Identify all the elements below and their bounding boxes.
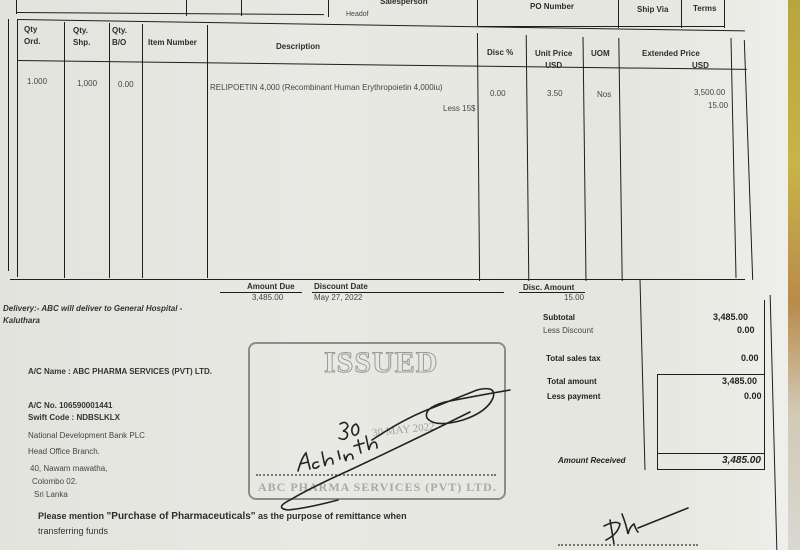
ac-number: A/C No. 106590001441 <box>28 401 113 410</box>
bank-address-line1: 40, Nawam mawatha, <box>30 464 107 473</box>
po-number-label: PO Number <box>530 2 574 11</box>
col-header-extended-price: Extended Price <box>642 49 700 58</box>
rule <box>477 33 480 281</box>
rule <box>657 453 765 454</box>
cell-qty-bo: 0.00 <box>118 80 134 89</box>
rule <box>8 19 9 271</box>
rule <box>16 12 324 15</box>
authorized-signature-line <box>558 544 698 546</box>
rule <box>657 374 765 375</box>
rule <box>618 38 622 281</box>
ac-name: A/C Name : ABC PHARMA SERVICES (PVT) LTD… <box>28 367 212 376</box>
rule <box>730 38 736 278</box>
amount-due-label: Amount Due <box>247 282 295 291</box>
remittance-prefix: Please mention <box>38 511 107 521</box>
amount-received-label: Amount Received <box>558 456 626 465</box>
col-header-qty-bo: Qty.B/O <box>112 25 127 49</box>
rule <box>681 0 682 28</box>
rule <box>328 0 329 17</box>
rule <box>724 0 725 28</box>
invoice-paper: Salesperson Headof PO Number Ship Via Te… <box>0 0 788 550</box>
cell-extended-price-note: 15.00 <box>708 101 728 110</box>
terms-label: Terms <box>693 4 716 13</box>
rule <box>477 0 478 26</box>
cell-extended-price: 3,500.00 <box>694 88 725 97</box>
cell-uom: Nos <box>597 90 611 99</box>
less-payment-value: 0.00 <box>744 391 762 401</box>
col-header-uom: UOM <box>591 49 610 58</box>
stamp-status: ISSUED <box>324 346 438 380</box>
rule <box>618 0 619 28</box>
rule <box>17 19 18 277</box>
bank-address-line3: Sri Lanka <box>34 490 68 499</box>
total-amount-label: Total amount <box>547 377 597 386</box>
col-header-description: Description <box>276 42 320 51</box>
col-header-extended-price-currency: USD <box>692 61 709 70</box>
salesperson-label: Salesperson <box>380 0 428 6</box>
sales-tax-value: 0.00 <box>741 353 759 363</box>
rule <box>142 24 143 278</box>
delivery-note-line2: Kaluthara <box>3 316 40 325</box>
rule <box>640 280 646 470</box>
delivery-note-line1: Delivery:- ABC will deliver to General H… <box>3 304 182 313</box>
cell-qty-ord: 1.000 <box>27 77 47 86</box>
remittance-note-line1: Please mention "Purchase of Pharmaceutic… <box>38 511 407 522</box>
disc-amount-label: Disc. Amount <box>523 283 574 292</box>
cell-unit-price: 3.50 <box>547 89 563 98</box>
table-bottom-rule <box>10 279 745 280</box>
ship-via-label: Ship Via <box>637 5 668 14</box>
col-header-qty-ord: QtyOrd. <box>24 24 40 48</box>
discount-date-label: Discount Date <box>314 282 368 291</box>
swift-code: Swift Code : NDBSLKLX <box>28 413 120 422</box>
cell-qty-shp: 1,000 <box>77 79 97 88</box>
subtotal-label: Subtotal <box>543 313 575 322</box>
less-discount-label: Less Discount <box>543 326 593 335</box>
rule <box>186 0 187 16</box>
remittance-suffix: as the purpose of remittance when <box>256 511 407 521</box>
rule <box>657 469 765 470</box>
discount-date-value: May 27, 2022 <box>314 293 362 302</box>
rule <box>207 25 208 278</box>
sales-tax-label: Total sales tax <box>546 354 601 363</box>
less-discount-value: 0.00 <box>737 325 755 335</box>
remittance-note-line2: transferring funds <box>38 526 108 536</box>
stamp-company: ABC PHARMA SERVICES (PVT) LTD. <box>258 480 497 495</box>
table-header-rule <box>17 60 747 70</box>
col-header-unit-price: Unit PriceUSD <box>535 48 572 72</box>
bank-name: National Development Bank PLC <box>28 431 145 440</box>
disc-amount-value: 15.00 <box>564 293 584 302</box>
cell-disc-pct: 0.00 <box>490 89 506 98</box>
rule <box>770 295 778 550</box>
rule <box>241 0 242 16</box>
head-of-label: Headof <box>346 11 369 18</box>
stamp-signature-line <box>256 474 496 476</box>
rule <box>109 23 110 278</box>
cell-description: RELIPOETIN 4,000 (Recombinant Human Eryt… <box>210 83 443 92</box>
amount-received-value: 3,485.00 <box>722 455 761 466</box>
col-header-disc-pct: Disc % <box>487 48 513 57</box>
bank-branch: Head Office Branch. <box>28 447 100 456</box>
col-header-qty-shp: Qty.Shp. <box>73 25 90 49</box>
col-header-item-number: Item Number <box>148 38 197 47</box>
amount-due-value: 3,485.00 <box>252 293 283 302</box>
rule <box>583 37 587 281</box>
rule <box>744 40 753 280</box>
remittance-emphasis: "Purchase of Pharmaceuticals" <box>107 511 256 522</box>
total-amount-value: 3,485.00 <box>722 376 757 386</box>
rule <box>764 300 765 470</box>
less-payment-label: Less payment <box>547 392 600 401</box>
rule <box>657 374 658 470</box>
cell-description-note: Less 15$ <box>443 104 475 113</box>
rule <box>526 35 530 281</box>
subtotal-value: 3,485.00 <box>713 312 748 322</box>
rule <box>64 22 65 278</box>
bank-address-line2: Colombo 02. <box>32 477 77 486</box>
